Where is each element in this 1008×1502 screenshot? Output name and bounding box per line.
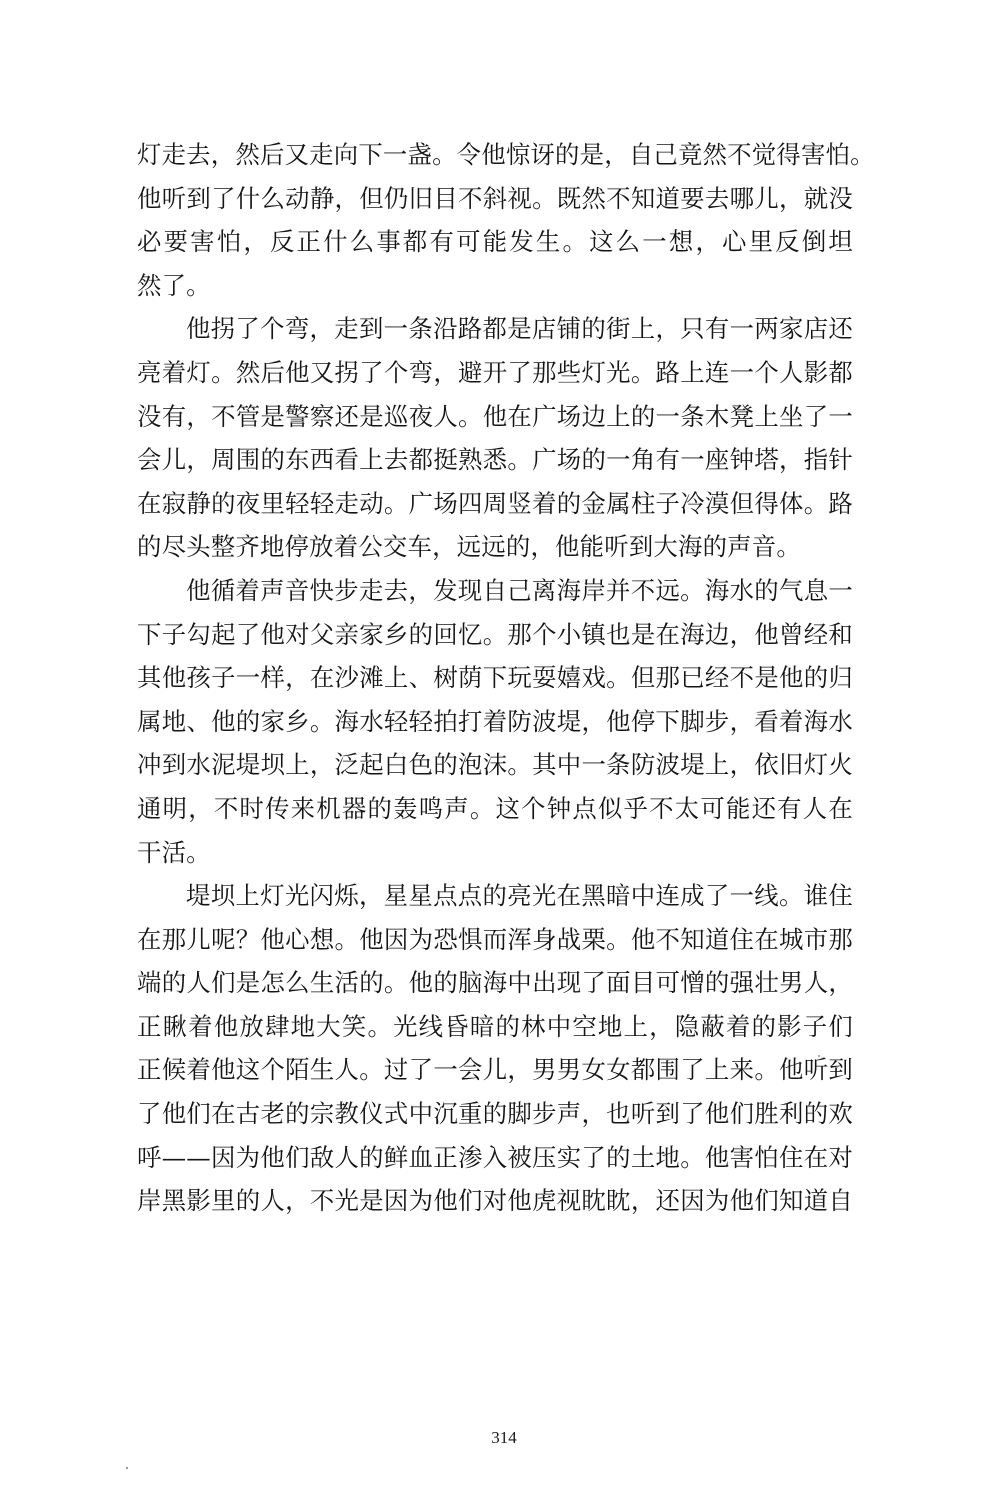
- text-line: 亮着灯。然后他又拐了个弯，避开了那些灯光。路上连一个人影都: [137, 351, 853, 395]
- text-line: 会儿，周围的东西看上去都挺熟悉。广场的一角有一座钟塔，指针: [137, 438, 853, 482]
- text-line: 在那儿呢？他心想。他因为恐惧而浑身战栗。他不知道住在城市那: [137, 918, 853, 962]
- text-line: 下子勾起了他对父亲家乡的回忆。那个小镇也是在海边，他曾经和: [137, 613, 853, 657]
- scan-speck: [126, 1467, 128, 1469]
- paragraph-first-line: 他循着声音快步走去，发现自己离海岸并不远。海水的气息一: [137, 569, 853, 613]
- text-line: 没有，不管是警察还是巡夜人。他在广场边上的一条木凳上坐了一: [137, 395, 853, 439]
- page-number: 314: [0, 1428, 1008, 1448]
- text-line: 正瞅着他放肆地大笑。光线昏暗的林中空地上，隐蔽着的影子们: [137, 1005, 853, 1049]
- text-line: 端的人们是怎么生活的。他的脑海中出现了面目可憎的强壮男人，: [137, 961, 853, 1005]
- paragraph-first-line: 堤坝上灯光闪烁，星星点点的亮光在黑暗中连成了一线。谁住: [137, 874, 853, 918]
- text-line: 正候着他这个陌生人。过了一会儿，男男女女都围了上来。他听到: [137, 1048, 853, 1092]
- text-line: 属地、他的家乡。海水轻轻拍打着防波堤，他停下脚步，看着海水: [137, 700, 853, 744]
- text-line: 灯走去，然后又走向下一盏。令他惊讶的是，自己竟然不觉得害怕。: [137, 133, 853, 177]
- text-line: 通明，不时传来机器的轰鸣声。这个钟点似乎不太可能还有人在: [137, 787, 853, 831]
- text-line: 必要害怕，反正什么事都有可能发生。这么一想，心里反倒坦: [137, 220, 853, 264]
- text-line: 他听到了什么动静，但仍旧目不斜视。既然不知道要去哪儿，就没: [137, 177, 853, 221]
- text-line: 岸黑影里的人，不光是因为他们对他虎视眈眈，还因为他们知道自: [137, 1179, 853, 1223]
- text-line: 呼——因为他们敌人的鲜血正渗入被压实了的土地。他害怕住在对: [137, 1136, 853, 1180]
- page-body-text: 灯走去，然后又走向下一盏。令他惊讶的是，自己竟然不觉得害怕。他听到了什么动静，但…: [137, 133, 853, 1223]
- text-line: 其他孩子一样，在沙滩上、树荫下玩耍嬉戏。但那已经不是他的归: [137, 656, 853, 700]
- text-line: 的尽头整齐地停放着公交车，远远的，他能听到大海的声音。: [137, 525, 853, 569]
- text-line: 然了。: [137, 264, 853, 308]
- text-line: 了他们在古老的宗教仪式中沉重的脚步声，也听到了他们胜利的欢: [137, 1092, 853, 1136]
- scan-speck: [818, 1055, 820, 1057]
- paragraph-first-line: 他拐了个弯，走到一条沿路都是店铺的街上，只有一两家店还: [137, 307, 853, 351]
- text-line: 在寂静的夜里轻轻走动。广场四周竖着的金属柱子冷漠但得体。路: [137, 482, 853, 526]
- text-line: 冲到水泥堤坝上，泛起白色的泡沫。其中一条防波堤上，依旧灯火: [137, 743, 853, 787]
- text-line: 干活。: [137, 831, 853, 875]
